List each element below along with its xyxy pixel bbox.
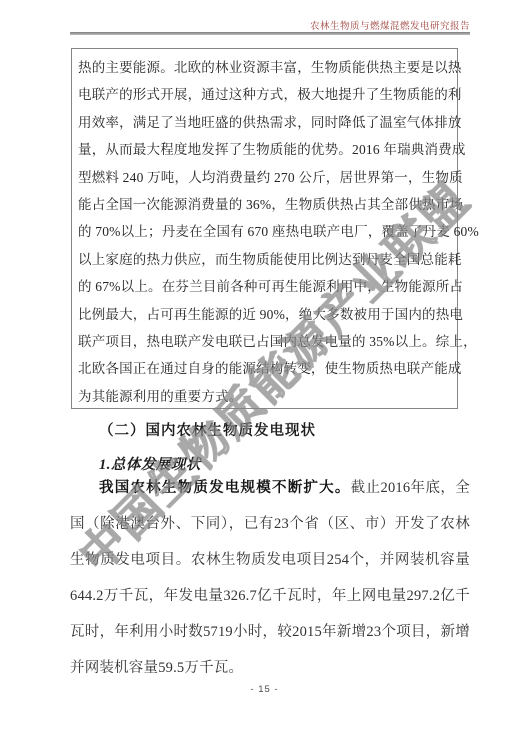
boxed-text-line: 型燃料 240 万吨，人均消费量约 270 公斤，居世界第一，生物质 <box>78 164 451 191</box>
boxed-text-line: 比例最大，占可再生能源的近 90%，绝大多数被用于国内的热电 <box>78 301 451 328</box>
report-header: 农林生物质与燃煤混燃发电研究报告 <box>70 18 470 32</box>
boxed-text-line: 联产项目，热电联产发电联已占国内总发电量的 35%以上。综上， <box>78 328 451 355</box>
boxed-text-line: 能占全国一次能源消费量的 36%，生物质供热占其全部供热市场 <box>78 191 451 218</box>
boxed-text-line: 用效率，满足了当地旺盛的供热需求，同时降低了温室气体排放 <box>78 109 451 136</box>
boxed-text-line: 热的主要能源。北欧的林业资源丰富，生物质能供热主要是以热 <box>78 54 451 81</box>
body-paragraph: 我国农林生物质发电规模不断扩大。截止2016年底，全国（除港澳台外、下同），已有… <box>70 470 470 686</box>
boxed-text-line: 以上家庭的热力供应，而生物质能使用比例达到丹麦全国总能耗 <box>78 246 451 273</box>
section-heading: （二）国内农林生物质发电现状 <box>70 419 470 440</box>
boxed-text-line: 量，从而最大程度地发挥了生物质能的优势。2016 年瑞典消费成 <box>78 136 451 163</box>
boxed-text-line: 北欧各国正在通过自身的能源结构转变，使生物质热电联产能成 <box>78 355 451 382</box>
boxed-text-line: 的 67%以上。在芬兰目前各种可再生能源利用中，生物能源所占 <box>78 273 451 300</box>
body-paragraph-text: 截止2016年底，全国（除港澳台外、下同），已有23个省（区、市）开发了农林生物… <box>70 480 470 676</box>
page-number: - 15 - <box>0 684 529 695</box>
boxed-text-line: 为其能源利用的重要方式。 <box>78 383 451 410</box>
boxed-text-line: 的 70%以上；丹麦在全国有 670 座热电联产电厂，覆盖了丹麦 60% <box>78 218 451 245</box>
body-paragraph-lead: 我国农林生物质发电规模不断扩大。 <box>99 480 351 496</box>
boxed-paragraph: 热的主要能源。北欧的林业资源丰富，生物质能供热主要是以热 电联产的形式开展，通过… <box>71 48 458 409</box>
document-page: 农林生物质与燃煤混燃发电研究报告 热的主要能源。北欧的林业资源丰富，生物质能供热… <box>0 0 529 732</box>
boxed-text-line: 电联产的形式开展，通过这种方式，极大地提升了生物质能的利 <box>78 81 451 108</box>
report-title: 农林生物质与燃煤混燃发电研究报告 <box>310 21 470 32</box>
header-rule <box>70 32 470 35</box>
